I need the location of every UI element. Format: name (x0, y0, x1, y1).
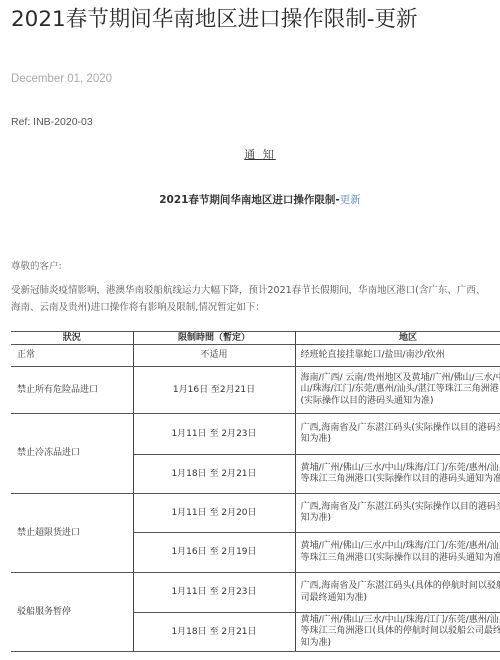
status-cell: 正常 (11, 345, 133, 367)
notice-title-main: 2021春节期间华南地区进口操作限制- (159, 194, 340, 206)
region-cell: 海南/广西/ 云南/贵州地区及黄埔/广州/佛山/三水/中山/珠海/江门/东莞/惠… (295, 367, 500, 414)
notice-title: 2021春节期间华南地区进口操作限制-更新 (0, 192, 500, 207)
header-region: 地区 (295, 332, 500, 345)
table-header-row: 狀況 限制時間（暫定） 地区 (11, 332, 500, 345)
reference-number: Ref: INB-2020-03 (11, 116, 93, 128)
period-cell: 1月16日 至2月21日 (133, 367, 295, 414)
period-cell: 1月11日 至 2月23日 (133, 573, 295, 613)
intro-paragraph: 受新冠肺炎疫情影响，港澳华南驳船航线运力大幅下降，预计2021春节长假期间，华南… (11, 282, 491, 316)
status-cell: 禁止所有危险品进口 (11, 367, 133, 414)
period-cell: 1月18日 至 2月21日 (133, 613, 295, 652)
table-row: 正常 不适用 经班轮直接挂靠蛇口/盐田/南沙/钦州 (11, 345, 500, 367)
region-cell: 黄埔/广州/佛山/三水/中山/珠海/江门/东莞/惠州/汕头等珠江三角洲港口(具体… (295, 613, 500, 652)
notice-heading: 通 知 (0, 146, 500, 162)
region-cell: 广西,海南省及广东湛江码头(具体的停航时间以驳船公司最终通知为准) (295, 573, 500, 613)
status-cell: 驳船服务暂停 (11, 573, 133, 652)
publish-date: December 01, 2020 (11, 73, 112, 85)
region-cell: 经班轮直接挂靠蛇口/盐田/南沙/钦州 (295, 345, 500, 367)
period-cell: 1月18日 至 2月21日 (133, 455, 295, 494)
period-cell: 1月11日 至 2月20日 (133, 494, 295, 533)
notice-title-accent: 更新 (340, 194, 361, 206)
table-row: 驳船服务暂停 1月11日 至 2月23日 广西,海南省及广东湛江码头(具体的停航… (11, 573, 500, 613)
table-row: 禁止超限货进口 1月11日 至 2月20日 广西,海南省及广东湛江码头(实际操作… (11, 494, 500, 533)
region-cell: 广西,海南省及广东湛江码头(实际操作以目的港码头通知为准) (295, 494, 500, 533)
greeting: 尊敬的客户: (11, 258, 62, 272)
table-row: 禁止所有危险品进口 1月16日 至2月21日 海南/广西/ 云南/贵州地区及黄埔… (11, 367, 500, 414)
status-cell: 禁止冷冻品进口 (11, 414, 133, 494)
header-status: 狀況 (11, 332, 133, 345)
period-cell: 1月16日 至 2月19日 (133, 533, 295, 573)
restrictions-table: 狀況 限制時間（暫定） 地区 正常 不适用 经班轮直接挂靠蛇口/盐田/南沙/钦州… (11, 331, 500, 652)
header-period: 限制時間（暫定） (133, 332, 295, 345)
article-title: 2021春节期间华南地区进口操作限制-更新 (11, 2, 417, 33)
region-cell: 黄埔/广州/佛山/三水/中山/珠海/江门/东莞/惠州/汕头等珠江三角洲港口(实际… (295, 455, 500, 494)
region-cell: 广西,海南省及广东湛江码头(实际操作以目的港码头通知为准) (295, 414, 500, 455)
region-cell: 黄埔/广州/佛山/三水/中山/珠海/江门/东莞/惠州/汕头等珠江三角洲港口(实际… (295, 533, 500, 573)
period-cell: 不适用 (133, 345, 295, 367)
table-row: 禁止冷冻品进口 1月11日 至 2月23日 广西,海南省及广东湛江码头(实际操作… (11, 414, 500, 455)
status-cell: 禁止超限货进口 (11, 494, 133, 573)
period-cell: 1月11日 至 2月23日 (133, 414, 295, 455)
